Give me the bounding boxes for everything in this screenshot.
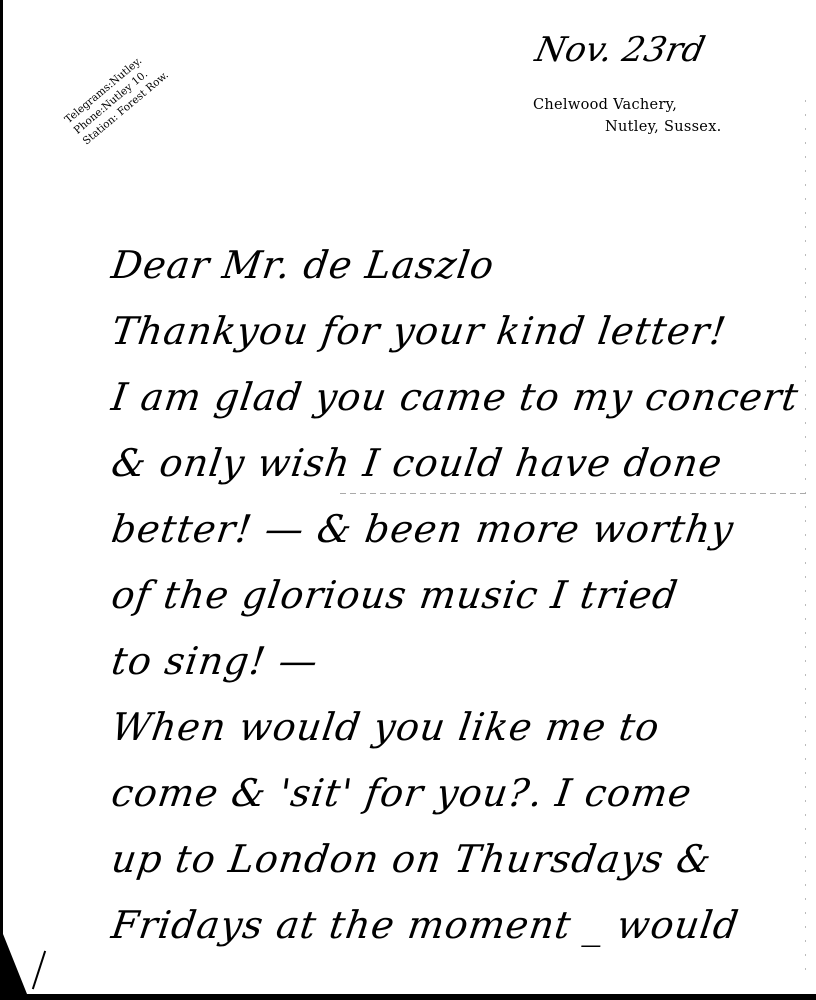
body-line: Thankyou for your kind letter! xyxy=(107,298,803,364)
body-line: better! — & been more worthy xyxy=(107,496,803,562)
scan-right-dots xyxy=(805,100,806,980)
body-line: & only wish I could have done xyxy=(107,430,803,496)
body-line: Fridays at the moment _ would xyxy=(107,892,803,958)
letter-date: Nov. 23rd xyxy=(532,30,709,70)
letterhead-contact: Telegrams:Nutley. Phone:Nutley 10. Stati… xyxy=(62,47,172,148)
scan-left-edge xyxy=(0,0,3,1000)
body-line: When would you like me to xyxy=(107,694,803,760)
salutation: Dear Mr. de Laszlo xyxy=(107,232,803,298)
body-line: up to London on Thursdays & xyxy=(107,826,803,892)
address-line-2: Nutley, Sussex. xyxy=(533,116,722,138)
scan-bottom-edge xyxy=(0,994,816,1000)
body-line: come & 'sit' for you?. I come xyxy=(107,760,803,826)
letterhead-address: Chelwood Vachery, Nutley, Sussex. xyxy=(533,94,722,138)
body-line: of the glorious music I tried xyxy=(107,562,803,628)
body-line: to sing! — xyxy=(107,628,803,694)
letter-body: Dear Mr. de Laszlo Thankyou for your kin… xyxy=(112,232,798,958)
body-line: I am glad you came to my concert xyxy=(107,364,803,430)
pencil-mark xyxy=(32,951,46,990)
address-line-1: Chelwood Vachery, xyxy=(533,94,722,116)
corner-fold-mark xyxy=(3,934,27,994)
